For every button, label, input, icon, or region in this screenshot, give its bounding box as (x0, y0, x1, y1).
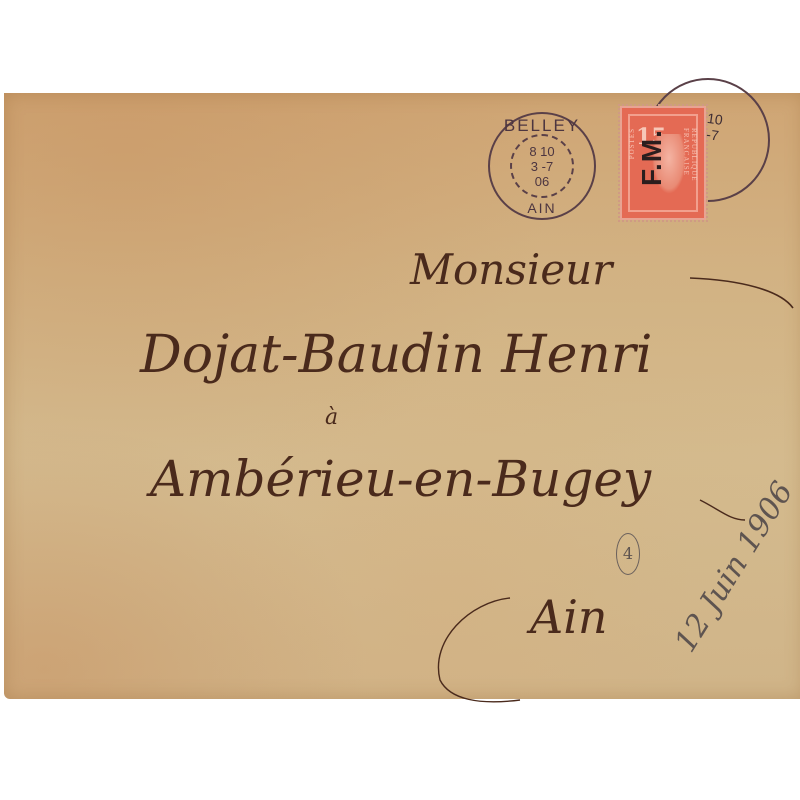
stamp-overprint: F.M. (636, 129, 668, 186)
address-department: Ain (530, 590, 608, 644)
pencil-circled-number: 4 (616, 533, 640, 575)
address-preposition: à (325, 405, 338, 430)
postmark-department: AIN (490, 200, 594, 216)
address-city: Ambérieu-en-Bugey (150, 450, 651, 508)
postmark-town: BELLEY (490, 116, 594, 136)
stamp-side-left-text: POSTES (628, 128, 636, 159)
postmark-belley: BELLEY 8 10 3 -7 06 AIN (488, 112, 596, 220)
postmark-date: 8 10 3 -7 06 (514, 144, 570, 189)
address-name: Dojat-Baudin Henri (140, 325, 652, 385)
address-salutation: Monsieur (410, 245, 612, 294)
